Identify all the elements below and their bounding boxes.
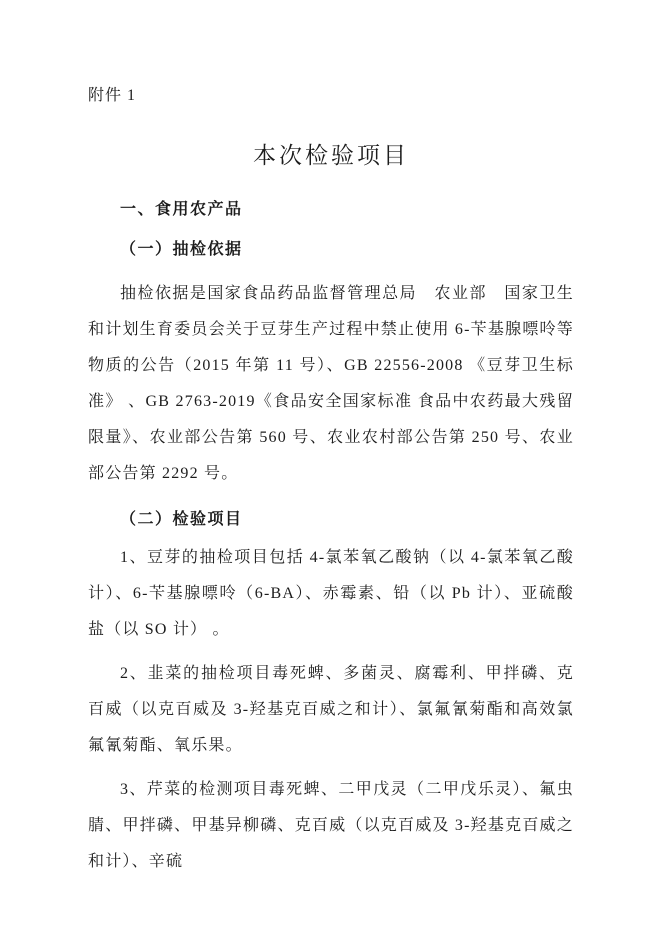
subsection-heading-inspection-items: （二）检验项目 bbox=[88, 508, 574, 532]
inspection-item-celery: 3、芹菜的检测项目毒死蜱、二甲戊灵（二甲戊乐灵）、氟虫腈、甲拌磷、甲基异柳磷、克… bbox=[88, 772, 574, 880]
document-title: 本次检验项目 bbox=[88, 136, 574, 176]
attachment-label: 附件 1 bbox=[88, 84, 574, 108]
inspection-item-chives: 2、韭菜的抽检项目毒死蜱、多菌灵、腐霉利、甲拌磷、克百威（以克百威及 3-羟基克… bbox=[88, 656, 574, 764]
document-page: 附件 1 本次检验项目 一、食用农产品 （一）抽检依据 抽检依据是国家食品药品监… bbox=[0, 0, 662, 936]
sampling-basis-paragraph: 抽检依据是国家食品药品监督管理总局 农业部 国家卫生和计划生育委员会关于豆芽生产… bbox=[88, 276, 574, 492]
inspection-item-bean-sprouts: 1、豆芽的抽检项目包括 4-氯苯氧乙酸钠（以 4-氯苯氧乙酸计）、6-苄基腺嘌呤… bbox=[88, 540, 574, 648]
subsection-heading-sampling-basis: （一）抽检依据 bbox=[88, 238, 574, 262]
section-heading-edible-agricultural-products: 一、食用农产品 bbox=[88, 198, 574, 222]
